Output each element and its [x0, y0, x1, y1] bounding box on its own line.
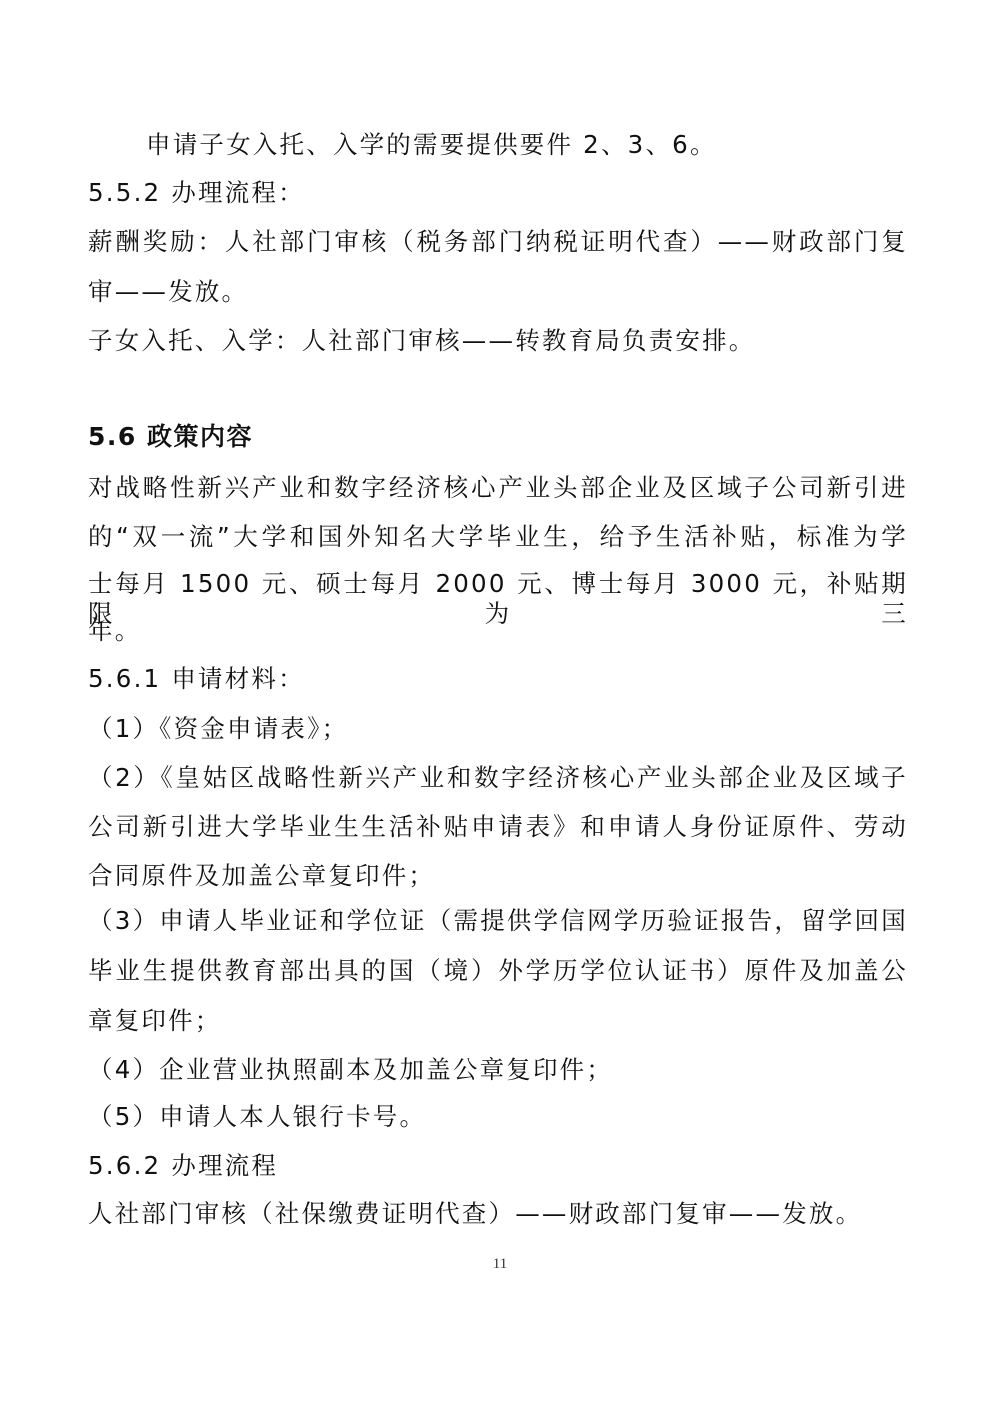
section-heading-5-6: 5.6 政策内容: [88, 422, 908, 452]
paragraph-line: 年。: [88, 616, 908, 646]
section-heading-5-6-2: 5.6.2 办理流程: [88, 1151, 908, 1181]
list-item-1: （1）《资金申请表》；: [88, 714, 908, 744]
list-item-3-cont: 毕业生提供教育部出具的国（境）外学历学位认证书）原件及加盖公: [88, 956, 908, 986]
paragraph-line: 人社部门审核（社保缴费证明代查）——财政部门复审——发放。: [88, 1199, 908, 1229]
paragraph-line: 的“双一流”大学和国外知名大学毕业生，给予生活补贴，标准为学: [88, 522, 908, 552]
paragraph-line: 子女入托、入学：人社部门审核——转教育局负责安排。: [88, 326, 908, 356]
paragraph-line: 对战略性新兴产业和数字经济核心产业头部企业及区域子公司新引进: [88, 473, 908, 503]
list-item-3-cont: 章复印件；: [88, 1006, 908, 1036]
page-number: 11: [0, 1256, 1000, 1273]
section-heading-5-6-1: 5.6.1 申请材料：: [88, 664, 908, 694]
list-item-2-cont: 合同原件及加盖公章复印件；: [88, 861, 908, 891]
list-item-2: （2）《皇姑区战略性新兴产业和数字经济核心产业头部企业及区域子: [88, 763, 908, 793]
section-heading-5-5-2: 5.5.2 办理流程：: [88, 178, 908, 208]
paragraph-line: 审——发放。: [88, 277, 908, 307]
list-item-5: （5）申请人本人银行卡号。: [88, 1102, 908, 1132]
document-page: 申请子女入托、入学的需要提供要件 2、3、6。 5.5.2 办理流程： 薪酬奖励…: [0, 0, 1000, 1413]
list-item-2-cont: 公司新引进大学毕业生生活补贴申请表》和申请人身份证原件、劳动: [88, 812, 908, 842]
list-item-3: （3）申请人毕业证和学位证（需提供学信网学历验证报告，留学回国: [88, 906, 908, 936]
list-item-4: （4）企业营业执照副本及加盖公章复印件；: [88, 1055, 908, 1085]
paragraph-line: 薪酬奖励：人社部门审核（税务部门纳税证明代查）——财政部门复: [88, 227, 908, 257]
paragraph-line: 申请子女入托、入学的需要提供要件 2、3、6。: [146, 130, 966, 160]
